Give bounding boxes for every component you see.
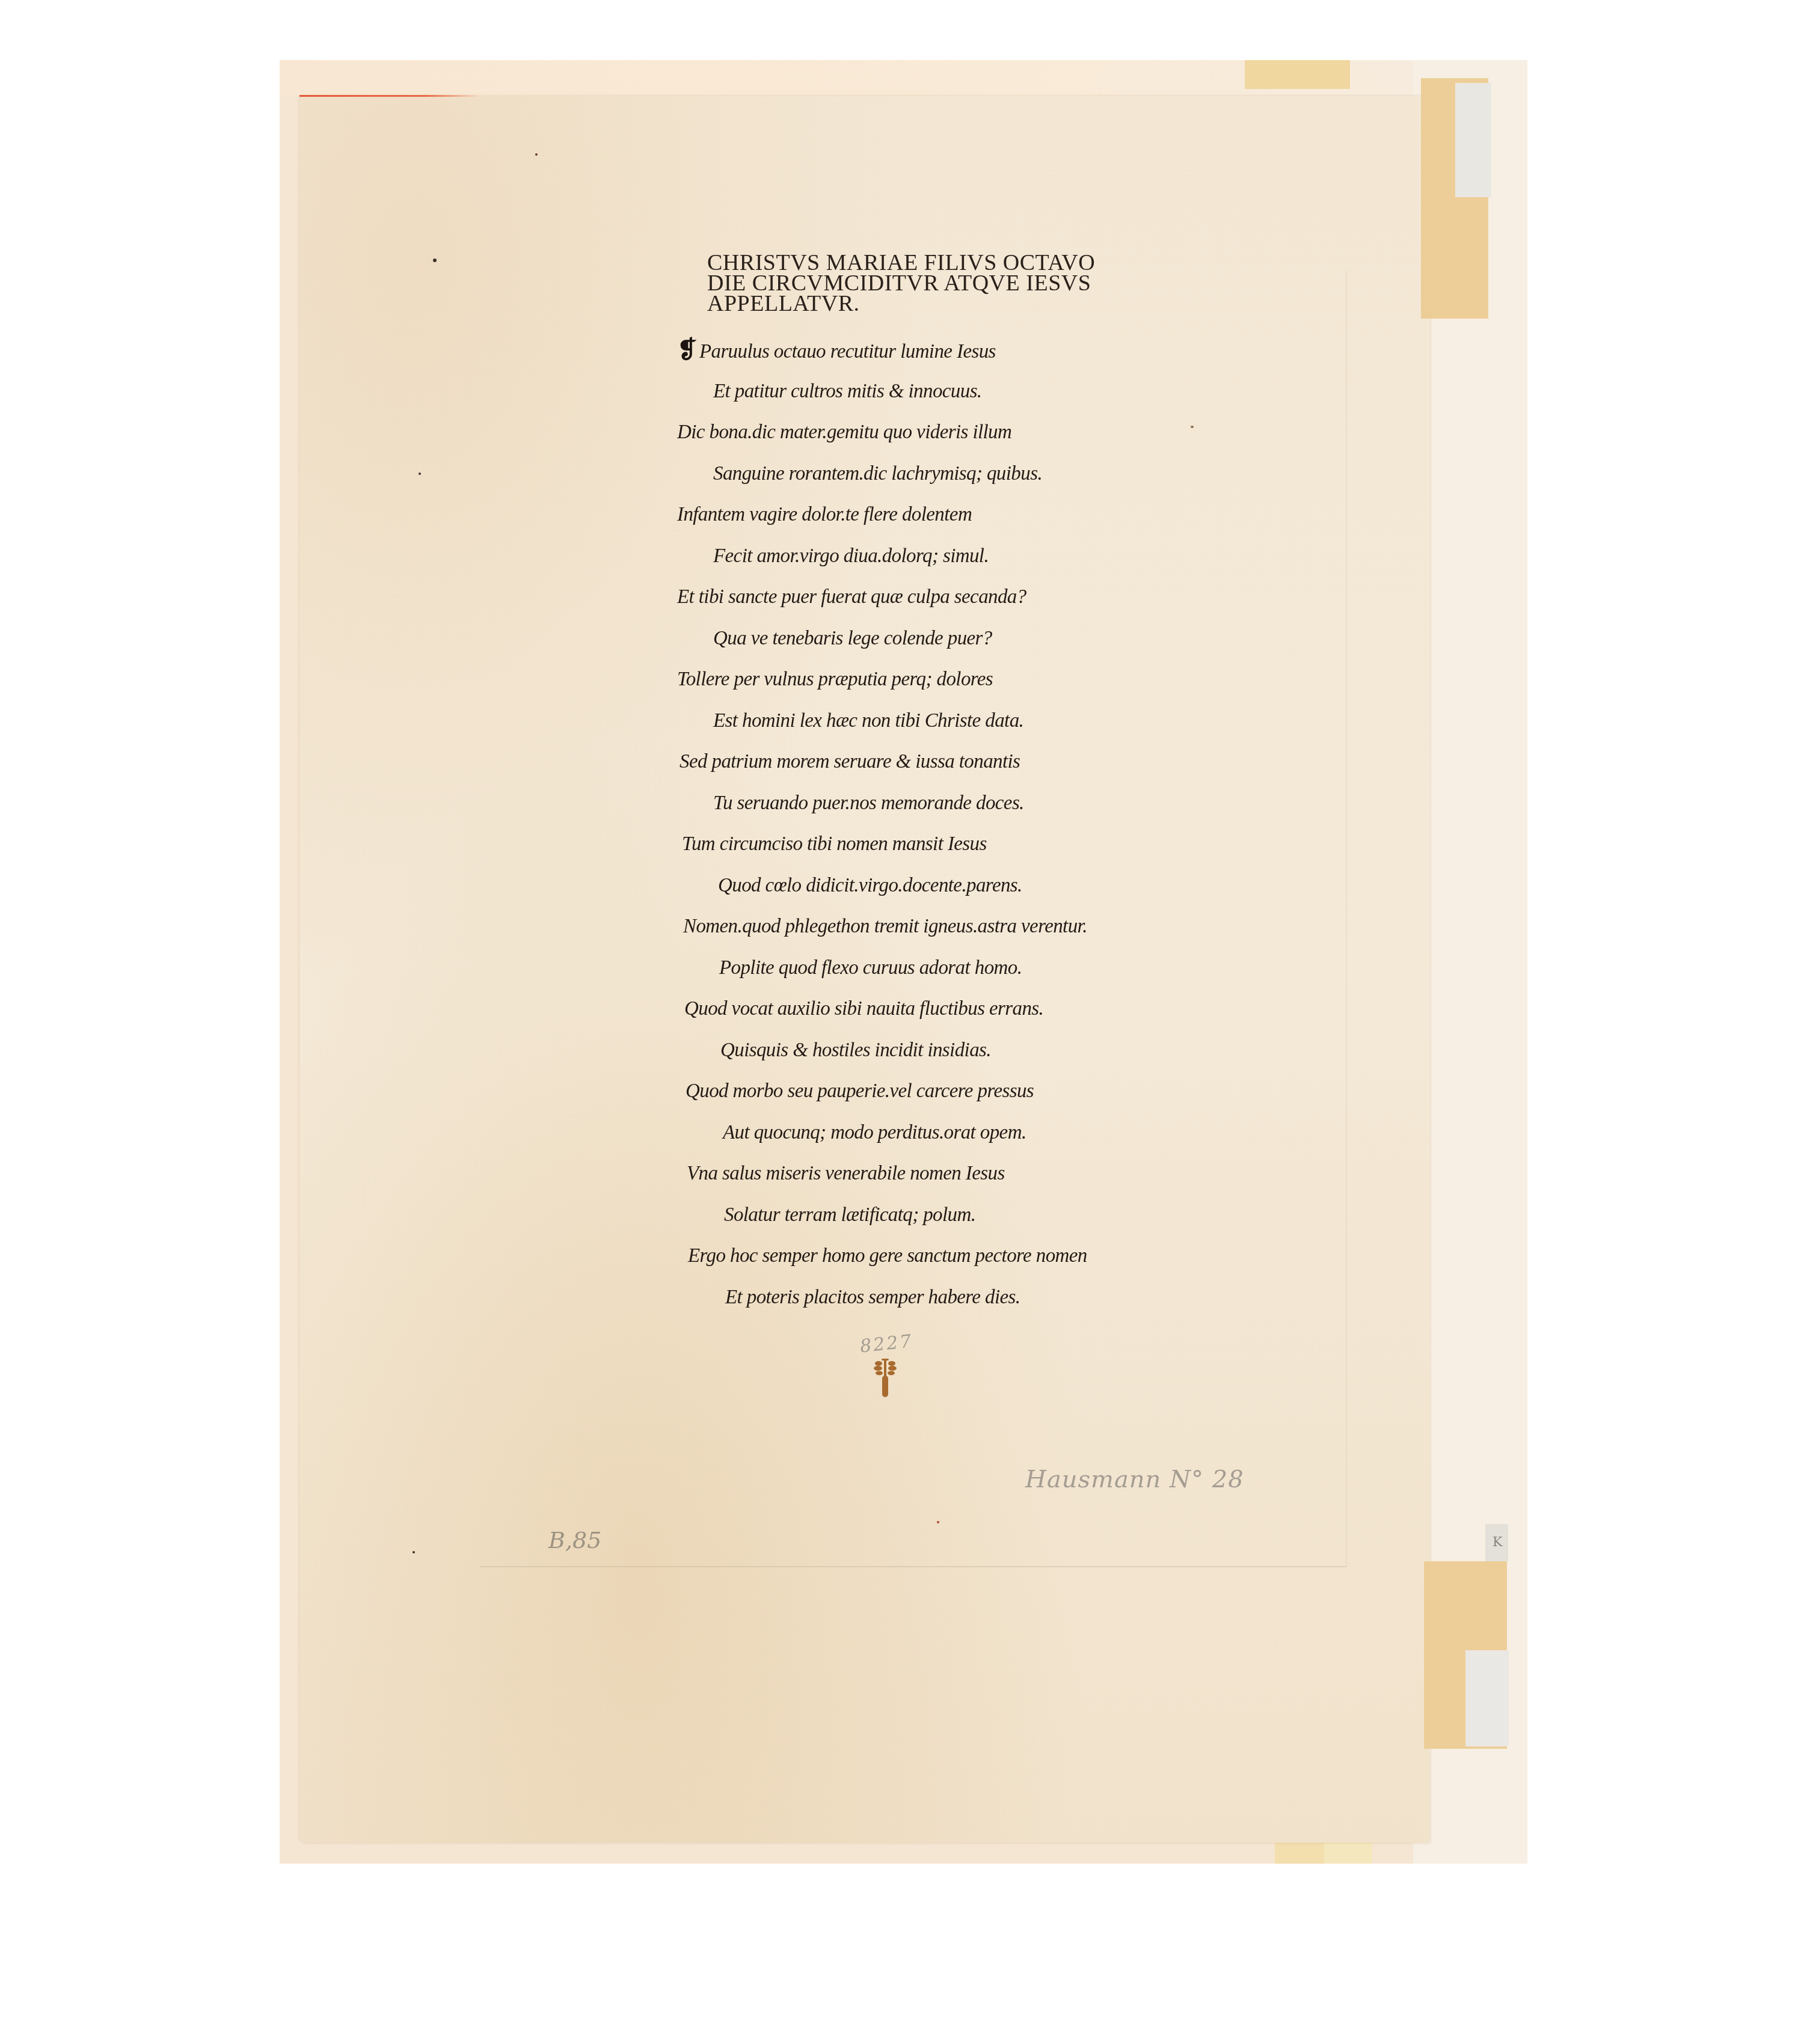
verse-line: Sanguine rorantem.dic lachrymisq; quibus… bbox=[677, 453, 1218, 495]
verse-line: Vna salus miseris venerabile nomen Iesus bbox=[677, 1153, 1218, 1195]
verse-text: Paruulus octauo recutitur lumine Iesus bbox=[699, 341, 996, 363]
speck bbox=[433, 259, 437, 262]
speck bbox=[413, 1551, 415, 1553]
verse-line: Fecit amor.virgo diua.dolorq; simul. bbox=[677, 536, 1218, 577]
verse-line: Tu seruando puer.nos memorande doces. bbox=[677, 783, 1218, 824]
verse-line: Ergo hoc semper homo gere sanctum pector… bbox=[677, 1235, 1218, 1277]
pilcrow-icon: ❡ bbox=[677, 329, 697, 371]
verse-line: Solatur terram lætificatq; polum. bbox=[677, 1195, 1218, 1236]
tape-letter-k: K bbox=[1493, 1535, 1502, 1550]
verse-line: Sed patrium morem seruare & iussa tonant… bbox=[677, 741, 1218, 783]
fleuron-stamp-icon bbox=[873, 1357, 897, 1400]
verse-line: Et poteris placitos semper habere dies. bbox=[677, 1277, 1218, 1318]
verse-line: Quod vocat auxilio sibi nauita fluctibus… bbox=[677, 988, 1218, 1030]
speck bbox=[535, 153, 538, 156]
page-title: CHRISTVS MARIAE FILIVS OCTAVO DIE CIRCVM… bbox=[707, 252, 1140, 314]
hinge-paper-top bbox=[1455, 83, 1491, 197]
mount-swatch-bottom-2 bbox=[1324, 1840, 1372, 1864]
pencil-b85-note: B,85 bbox=[548, 1527, 601, 1553]
verse-line: Quisquis & hostiles incidit insidias. bbox=[677, 1030, 1218, 1071]
verse-line: Quod cœlo didicit.virgo.docente.parens. bbox=[677, 865, 1218, 907]
verse-line: Est homini lex hæc non tibi Christe data… bbox=[677, 700, 1218, 742]
verse-line: Quod morbo seu pauperie.vel carcere pres… bbox=[677, 1071, 1218, 1112]
red-edge-trace bbox=[299, 95, 480, 97]
pencil-hausmann-note: Hausmann N° 28 bbox=[1025, 1466, 1244, 1493]
title-line-3: APPELLATVR. bbox=[707, 293, 1140, 314]
verse-line: Tollere per vulnus præputia perq; dolore… bbox=[677, 659, 1218, 700]
verse-line: Et patitur cultros mitis & innocuus. bbox=[677, 371, 1218, 412]
poem-body: ❡Paruulus octauo recutitur lumine Iesus … bbox=[677, 329, 1218, 1318]
hinge-paper-bottom bbox=[1465, 1650, 1509, 1746]
verse-line: Infantem vagire dolor.te flere dolentem bbox=[677, 494, 1218, 536]
verse-line: Qua ve tenebaris lege colende puer? bbox=[677, 618, 1218, 659]
verse-line: ❡Paruulus octauo recutitur lumine Iesus bbox=[677, 329, 1218, 371]
title-line-1: CHRISTVS MARIAE FILIVS OCTAVO bbox=[707, 252, 1140, 273]
verse-line: Tum circumciso tibi nomen mansit Iesus bbox=[677, 824, 1218, 865]
speck bbox=[937, 1521, 939, 1523]
speck bbox=[419, 473, 421, 475]
mount-swatch-bottom-1 bbox=[1275, 1840, 1324, 1864]
verse-line: Dic bona.dic mater.gemitu quo videris il… bbox=[677, 412, 1218, 453]
mount-swatch-top bbox=[1245, 60, 1350, 89]
verse-line: Aut quocunq; modo perditus.orat opem. bbox=[677, 1112, 1218, 1154]
verse-line: Poplite quod flexo curuus adorat homo. bbox=[677, 947, 1218, 989]
verse-line: Nomen.quod phlegethon tremit igneus.astr… bbox=[677, 906, 1218, 947]
title-line-2: DIE CIRCVMCIDITVR ATQVE IESVS bbox=[707, 273, 1140, 293]
verse-line: Et tibi sancte puer fuerat quæ culpa sec… bbox=[677, 577, 1218, 618]
